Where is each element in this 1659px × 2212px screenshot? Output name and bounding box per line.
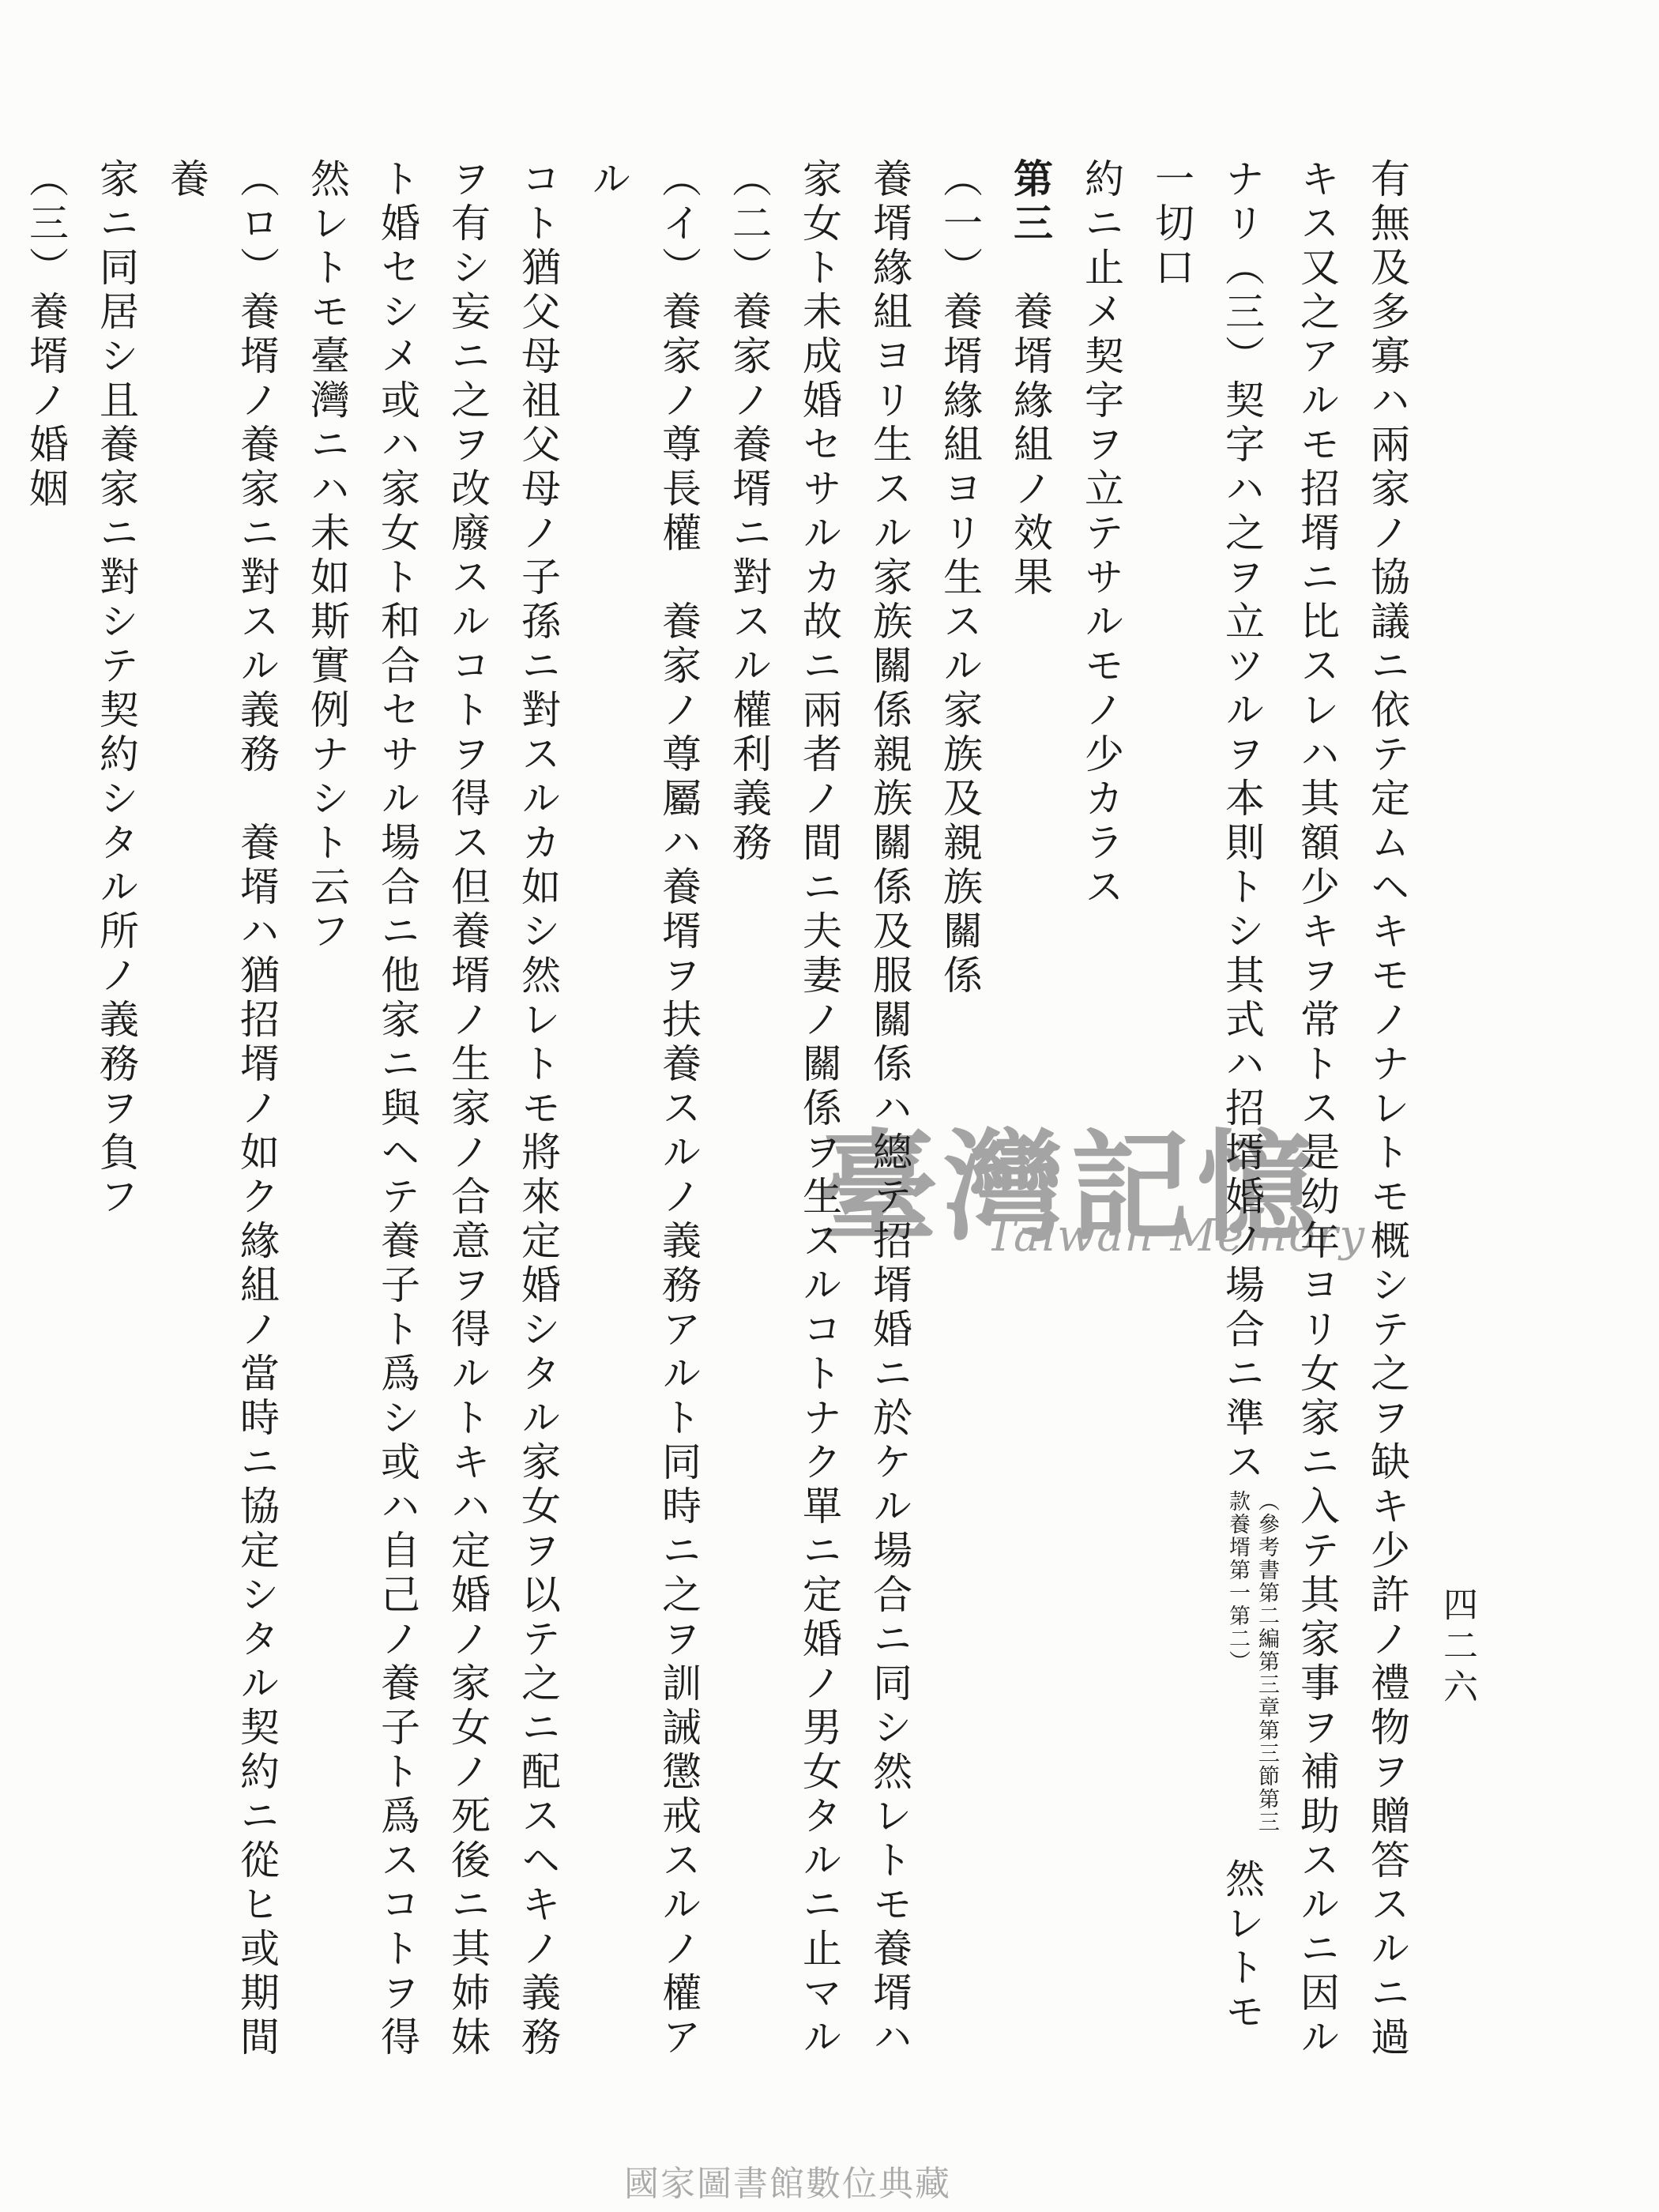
- text-segment: （一）養壻緣組ヨリ生スル家族及親族關係: [937, 158, 983, 999]
- text-segment: ヲ有シ妄ニ之ヲ改廢スルコトヲ得ス但養壻ノ生家ノ合意ヲ得ルトキハ定婚ノ家女ノ死後ニ…: [445, 158, 491, 2060]
- text-column-4: 約ニ止メ契字ヲ立テサルモノ少カラス: [1066, 158, 1136, 2070]
- text-segment: ト婚セシメ或ハ家女ト和合セサル場合ニ他家ニ與ヘテ養子ト爲シ或ハ自己ノ養子ト爲スコ…: [374, 158, 420, 2060]
- text-column-5: 第三 養壻緣組ノ效果: [995, 158, 1066, 2070]
- text-segment: 家ニ同居シ且養家ニ對シテ契約シタル所ノ義務ヲ負フ: [93, 158, 139, 1220]
- text-segment: 家女ト未成婚セサルカ故ニ兩者ノ間ニ夫妻ノ關係ヲ生スルコトナク單ニ定婚ノ男女タルニ…: [796, 158, 842, 2060]
- text-column-11: コト猶父母祖父母ノ子孫ニ對スルカ如シ然レトモ將來定婚シタル家女ヲ以テ之ニ配スヘキ…: [502, 158, 573, 2070]
- page-number: 四二六: [1431, 1586, 1482, 1710]
- text-segment: 然レトモ臺灣ニハ未如斯實例ナシト云フ: [304, 158, 350, 954]
- text-block: 有無及多寡ハ兩家ノ協議ニ依テ定ムヘキモノナレトモ概シテ之ヲ缺キ少許ノ禮物ヲ贈答ス…: [150, 158, 1422, 2070]
- text-segment: キス又之アルモ招壻ニ比スレハ其額少キヲ常トス是幼年ヨリ女家ニ入テ其家事ヲ補助スル…: [1294, 158, 1340, 2060]
- reference-note: （參考書第二編第三章第三節第三款養壻第一第二）: [1223, 1490, 1281, 1853]
- text-column-12: ヲ有シ妄ニ之ヲ改廢スルコトヲ得ス但養壻ノ生家ノ合意ヲ得ルトキハ定婚ノ家女ノ死後ニ…: [432, 158, 502, 2070]
- text-column-3: ナリ（三）契字ハ之ヲ立ツルヲ本則トシ其式ハ招壻婚ノ場合ニ準ス（參考書第二編第三章…: [1136, 158, 1281, 2070]
- text-segment: コト猶父母祖父母ノ子孫ニ對スルカ如シ然レトモ將來定婚シタル家女ヲ以テ之ニ配スヘキ…: [515, 158, 561, 2060]
- text-segment: （三）養壻ノ婚姻: [23, 158, 69, 512]
- text-column-2: キス又之アルモ招壻ニ比スレハ其額少キヲ常トス是幼年ヨリ女家ニ入テ其家事ヲ補助スル…: [1281, 158, 1352, 2070]
- text-column-10: （イ）養家ノ尊長權 養家ノ尊屬ハ養壻ヲ扶養スルノ義務アルト同時ニ之ヲ訓誡懲戒スル…: [573, 158, 713, 2070]
- footer-caption: 國家圖書館數位典藏: [624, 2155, 948, 2206]
- text-segment: 第三: [1007, 158, 1054, 246]
- text-column-7: 養壻緣組ヨリ生スル家族關係親族關係及服關係ハ總テ招壻婚ニ於ケル場合ニ同シ然レトモ…: [854, 158, 924, 2070]
- text-column-16: 家ニ同居シ且養家ニ對シテ契約シタル所ノ義務ヲ負フ: [81, 158, 151, 2070]
- text-column-14: 然レトモ臺灣ニハ未如斯實例ナシト云フ: [292, 158, 362, 2070]
- text-column-15: （ロ）養壻ノ養家ニ對スル義務 養壻ハ猶招壻ノ如ク緣組ノ當時ニ協定シタル契約ニ從ヒ…: [151, 158, 292, 2070]
- text-segment: 有無及多寡ハ兩家ノ協議ニ依テ定ムヘキモノナレトモ概シテ之ヲ缺キ少許ノ禮物ヲ贈答ス…: [1364, 158, 1410, 2060]
- text-column-18: 養壻カ他日定婚ノ家女ト婚姻スル場合ニハ更ニ聘財ヲ出スヲ要セス且婚姻ノ費用ハ總テ養…: [0, 158, 10, 2070]
- text-segment: 養壻緣組ノ效果: [1007, 246, 1053, 600]
- text-segment: 約ニ止メ契字ヲ立テサルモノ少カラス: [1078, 158, 1124, 910]
- text-column-1: 有無及多寡ハ兩家ノ協議ニ依テ定ムヘキモノナレトモ概シテ之ヲ缺キ少許ノ禮物ヲ贈答ス…: [1352, 158, 1422, 2070]
- scanned-page: 臺灣記憶 Taiwan Memory 有無及多寡ハ兩家ノ協議ニ依テ定ムヘキモノナ…: [0, 0, 1659, 2212]
- text-segment: 養壻緣組ヨリ生スル家族關係親族關係及服關係ハ總テ招壻婚ニ於ケル場合ニ同シ然レトモ…: [867, 158, 912, 2060]
- text-column-17: （三）養壻ノ婚姻: [10, 158, 81, 2070]
- text-segment: （二）養家ノ養壻ニ對スル權利義務: [726, 158, 772, 866]
- text-column-6: （一）養壻緣組ヨリ生スル家族及親族關係: [924, 158, 995, 2070]
- text-segment: （イ）養家ノ尊長權 養家ノ尊屬ハ養壻ヲ扶養スルノ義務アルト同時ニ之ヲ訓誡懲戒スル…: [585, 158, 702, 2060]
- text-column-9: （二）養家ノ養壻ニ對スル權利義務: [713, 158, 784, 2070]
- text-column-8: 家女ト未成婚セサルカ故ニ兩者ノ間ニ夫妻ノ關係ヲ生スルコトナク單ニ定婚ノ男女タルニ…: [784, 158, 854, 2070]
- text-column-13: ト婚セシメ或ハ家女ト和合セサル場合ニ他家ニ與ヘテ養子ト爲シ或ハ自己ノ養子ト爲スコ…: [362, 158, 432, 2070]
- text-segment: ナリ（三）契字ハ之ヲ立ツルヲ本則トシ其式ハ招壻婚ノ場合ニ準ス: [1219, 158, 1265, 1485]
- text-segment: （ロ）養壻ノ養家ニ對スル義務 養壻ハ猶招壻ノ如ク緣組ノ當時ニ協定シタル契約ニ從ヒ…: [164, 158, 280, 2060]
